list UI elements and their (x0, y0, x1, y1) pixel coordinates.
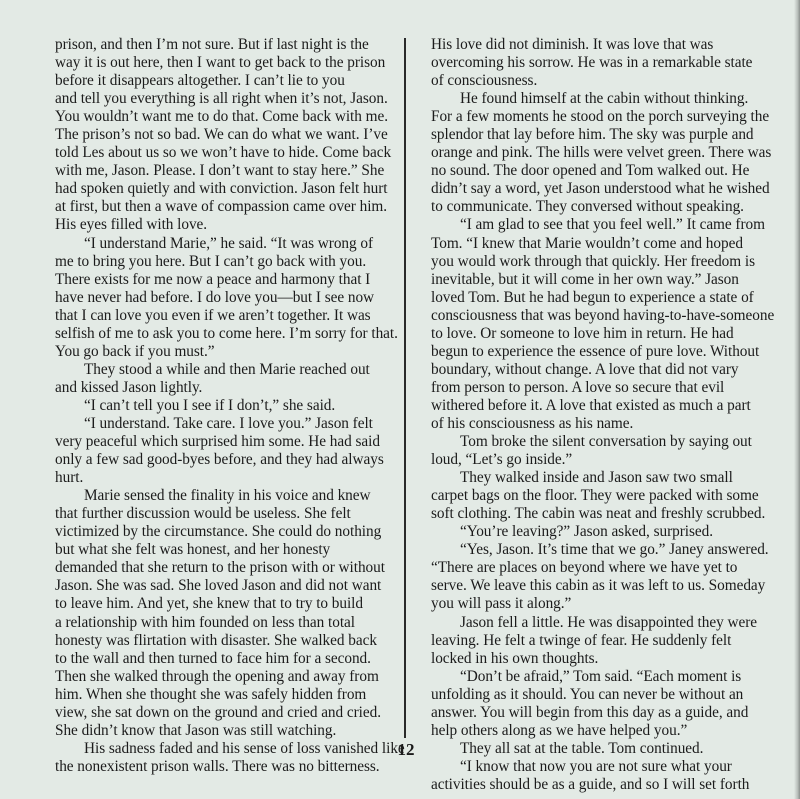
text-line: that I can love you even if we aren’t to… (55, 307, 405, 325)
text-line: to the wall and then turned to face him … (55, 650, 405, 668)
text-line: loud, “Let’s go inside.” (431, 451, 776, 469)
text-line: you will pass it along.” (431, 595, 776, 613)
text-line: activities should be as a guide, and so … (431, 776, 776, 794)
text-line: leaving. He felt a twinge of fear. He su… (431, 632, 776, 650)
text-line: way it is out here, then I want to get b… (55, 54, 405, 72)
text-line: His love did not diminish. It was love t… (431, 36, 776, 54)
text-line: “I understand Marie,” he said. “It was w… (55, 235, 405, 253)
text-line: Tom broke the silent conversation by say… (431, 433, 776, 451)
text-line: “I understand. Take care. I love you.” J… (55, 415, 405, 433)
text-line: and tell you everything is all right whe… (55, 90, 405, 108)
text-line: “I am glad to see that you feel well.” I… (431, 216, 776, 234)
text-line: prison, and then I’m not sure. But if la… (55, 36, 405, 54)
text-line: a relationship with him founded on less … (55, 614, 405, 632)
text-line: selfish of me to ask you to come here. I… (55, 325, 405, 343)
text-line: serve. We leave this cabin as it was lef… (431, 577, 776, 595)
text-line: His sadness faded and his sense of loss … (55, 740, 405, 758)
text-line: with me, Jason. Please. I don’t want to … (55, 162, 405, 180)
text-line: splendor that lay before him. The sky wa… (431, 126, 776, 144)
text-line: no sound. The door opened and Tom walked… (431, 162, 776, 180)
text-line: hurt. (55, 469, 405, 487)
text-line: You go back if you must.” (55, 343, 405, 361)
text-line: of his consciousness as his name. (431, 415, 776, 433)
text-line: but what she felt was honest, and her ho… (55, 541, 405, 559)
text-line: consciousness that was beyond having-to-… (431, 307, 776, 325)
text-line: They stood a while and then Marie reache… (55, 361, 405, 379)
text-line: honesty was flirtation with disaster. Sh… (55, 632, 405, 650)
text-line: They walked inside and Jason saw two sma… (431, 469, 776, 487)
text-line: only a few sad good-byes before, and the… (55, 451, 405, 469)
text-line: the nonexistent prison walls. There was … (55, 758, 405, 776)
text-line: to communicate. They conversed without s… (431, 198, 776, 216)
text-line: He found himself at the cabin without th… (431, 90, 776, 108)
text-line: “Don’t be afraid,” Tom said. “Each momen… (431, 668, 776, 686)
text-line: Marie sensed the finality in his voice a… (55, 487, 405, 505)
text-line: orange and pink. The hills were velvet g… (431, 144, 776, 162)
text-line: boundary, without change. A love that di… (431, 361, 776, 379)
column-divider (404, 38, 406, 738)
right-text-column: His love did not diminish. It was love t… (431, 36, 776, 794)
text-line: and kissed Jason lightly. (55, 379, 405, 397)
text-line: You wouldn’t want me to do that. Come ba… (55, 108, 405, 126)
text-line: For a few moments he stood on the porch … (431, 108, 776, 126)
text-line: Tom. “I knew that Marie wouldn’t come an… (431, 235, 776, 253)
text-line: loved Tom. But he had begun to experienc… (431, 289, 776, 307)
text-line: answer. You will begin from this day as … (431, 704, 776, 722)
text-line: didn’t say a word, yet Jason understood … (431, 180, 776, 198)
text-line: “I know that now you are not sure what y… (431, 758, 776, 776)
text-line: Jason. She was sad. She loved Jason and … (55, 577, 405, 595)
text-line: that further discussion would be useless… (55, 505, 405, 523)
text-line: have never had before. I do love you—but… (55, 289, 405, 307)
text-line: had spoken quietly and with conviction. … (55, 180, 405, 198)
text-line: Then she walked through the opening and … (55, 668, 405, 686)
text-line: They all sat at the table. Tom continued… (431, 740, 776, 758)
text-line: me to bring you here. But I can’t go bac… (55, 253, 405, 271)
text-line: at first, but then a wave of compassion … (55, 198, 405, 216)
text-line: Jason fell a little. He was disappointed… (431, 614, 776, 632)
text-line: “You’re leaving?” Jason asked, surprised… (431, 523, 776, 541)
text-line: begun to experience the essence of pure … (431, 343, 776, 361)
text-line: you would work through that quickly. Her… (431, 253, 776, 271)
text-line: told Les about us so we won’t have to hi… (55, 144, 405, 162)
text-line: demanded that she return to the prison w… (55, 559, 405, 577)
text-line: him. When she thought she was safely hid… (55, 686, 405, 704)
page-number: 12 (392, 740, 420, 760)
text-line: “I can’t tell you I see if I don’t,” she… (55, 397, 405, 415)
text-line: soft clothing. The cabin was neat and fr… (431, 505, 776, 523)
text-line: victimized by the circumstance. She coul… (55, 523, 405, 541)
left-text-column: prison, and then I’m not sure. But if la… (55, 36, 405, 776)
text-line: very peaceful which surprised him some. … (55, 433, 405, 451)
text-line: help others along as we have helped you.… (431, 722, 776, 740)
text-line: overcoming his sorrow. He was in a remar… (431, 54, 776, 72)
text-line: inevitable, but it will come in her own … (431, 271, 776, 289)
page-edge-shadow (794, 0, 800, 799)
text-line: carpet bags on the floor. They were pack… (431, 487, 776, 505)
text-line: His eyes filled with love. (55, 216, 405, 234)
text-line: unfolding as it should. You can never be… (431, 686, 776, 704)
text-line: to love. Or someone to love him in retur… (431, 325, 776, 343)
text-line: to leave him. And yet, she knew that to … (55, 595, 405, 613)
text-line: There exists for me now a peace and harm… (55, 271, 405, 289)
text-line: “Yes, Jason. It’s time that we go.” Jane… (431, 541, 776, 559)
text-line: She didn’t know that Jason was still wat… (55, 722, 405, 740)
text-line: The prison’s not so bad. We can do what … (55, 126, 405, 144)
text-line: from person to person. A love so secure … (431, 379, 776, 397)
text-line: withered before it. A love that existed … (431, 397, 776, 415)
text-line: “There are places on beyond where we hav… (431, 559, 776, 577)
text-line: view, she sat down on the ground and cri… (55, 704, 405, 722)
text-line: before it disappears altogether. I can’t… (55, 72, 405, 90)
text-line: of consciousness. (431, 72, 776, 90)
text-line: locked in his own thoughts. (431, 650, 776, 668)
